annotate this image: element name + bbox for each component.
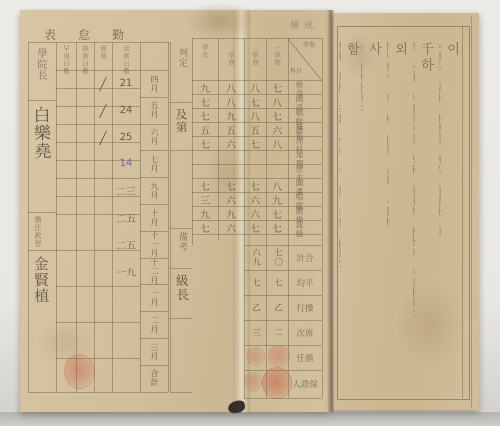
grade-value: 七 (266, 80, 288, 95)
absence-slash-mark: ╱ (94, 99, 113, 123)
summary-value: 乙 (266, 295, 289, 321)
term-header: 一學期 (273, 44, 280, 67)
absence-slash-mark: ╱ (94, 72, 113, 96)
scanned-report-card: 勤怠表 學院長 白樂堯 擔任敎習 金賢植 成績 判定 及第 備考 級長 學期 科… (0, 0, 500, 426)
attendance-value: 25 (112, 123, 141, 151)
grid-line-h (170, 150, 192, 151)
grid-line-v (322, 38, 323, 398)
summary-row-label: 擔任 (288, 345, 322, 370)
grade-value: 七 (192, 220, 218, 235)
grade-value: 六 (244, 192, 266, 207)
grid-line-h (170, 318, 192, 319)
grade-value: 七 (218, 178, 244, 193)
summary-row-label: 保證人 (288, 370, 322, 398)
grade-value: 九 (218, 206, 244, 221)
month-cell: 十月 (140, 204, 168, 231)
attendance-value: 14 (112, 150, 141, 178)
notice-column: 함것셔 지각 조퇴 등을 두 빅 주기 하시오 (339, 42, 361, 382)
corner-label-term: 學期 (303, 40, 315, 49)
judgement-label: 判定 (176, 48, 187, 68)
summary-value: 七〇 (266, 245, 289, 271)
photo-bottom-shadow (0, 412, 500, 426)
homeroom-teacher-name: 金賢植 (28, 256, 52, 305)
grid-line-h (170, 102, 192, 103)
attendance-column-header: 缺席日數 (81, 45, 88, 75)
term-header: 三學期 (227, 44, 234, 67)
month-cell: 九月 (140, 177, 168, 204)
grid-line-v (168, 42, 169, 392)
grid-line-h (170, 392, 192, 393)
grade-value: 七 (192, 94, 218, 109)
grid-line-h (56, 286, 140, 287)
grade-value: 九 (266, 192, 288, 207)
subject-label: 裁縫 (296, 221, 302, 238)
summary-row-label: 合計 (288, 245, 322, 270)
notice-body: 먼 돗헤 무어시든지 보과 긔재한 사항을 주의하시오 (413, 42, 416, 390)
judgement-value: 及第 (173, 108, 189, 134)
month-cell: 一月 (140, 284, 168, 311)
grade-value: 七 (192, 136, 218, 151)
month-cell: 五月 (140, 97, 168, 124)
grade-value: 三 (192, 192, 218, 207)
notice-column: 이수텹은 집과 가뎡이 셔로 긔별하 지 (439, 42, 461, 252)
page-gap-shadow (327, 10, 334, 412)
month-cell: 七月 (140, 150, 168, 177)
homeroom-teacher-label: 擔任敎習 (34, 216, 42, 248)
attendance-column-header: 早退日數 (62, 45, 69, 75)
month-cell: 三月 (140, 338, 168, 365)
grid-line-v (170, 42, 171, 392)
summary-value: 乙 (244, 295, 267, 321)
grade-value: 五 (218, 122, 244, 137)
grade-value: 七 (244, 136, 266, 151)
summary-row-label: 操行 (288, 295, 322, 320)
attendance-value: 二五 (112, 204, 141, 232)
grade-value: 七 (266, 220, 288, 235)
grade-value: 八 (244, 108, 266, 123)
grade-value: 八 (266, 178, 288, 193)
notice-column: 외학부형은 꼭 한 자리 들의 수업하 (387, 42, 409, 390)
summary-value: 二 (266, 320, 289, 346)
grid-line-h (28, 250, 56, 251)
grade-value: 六 (244, 206, 266, 221)
grid-line-h (170, 228, 192, 229)
grid-line-h (244, 398, 322, 399)
remarks-label: 備考 (176, 232, 187, 252)
grade-value: 八 (218, 94, 244, 109)
guarantor-seal-2 (262, 367, 292, 399)
homeroom-seal-2 (268, 345, 290, 367)
month-cell: 四月 (140, 70, 168, 97)
month-cell: 六月 (140, 124, 168, 151)
summary-value: 七 (266, 270, 289, 296)
summary-row-label: 席次 (288, 320, 322, 345)
month-cell: 合計 (140, 365, 168, 392)
grid-line-h (170, 268, 192, 269)
grid-line-h (28, 212, 56, 213)
grade-value: 五 (192, 122, 218, 137)
corner-label-subject: 科目 (290, 66, 302, 75)
notice-body: 수텹은 집과 가뎡이 셔로 긔별하 지 (439, 42, 442, 252)
notice-column: 사올 참관하시오 (361, 42, 383, 332)
remarks-value: 級長 (172, 274, 190, 302)
grade-value: 六 (266, 122, 288, 137)
grade-value: 九 (192, 80, 218, 95)
month-cell: 十一月 (140, 231, 168, 258)
notice-inner-rule (462, 26, 463, 398)
notice-body: 올 참관하시오 (361, 42, 364, 332)
grid-line-v (56, 42, 57, 392)
attendance-value: 二五 (112, 230, 141, 258)
teacher-seal (64, 354, 95, 389)
term-header: 學年 (201, 44, 208, 59)
grade-value: 五 (244, 122, 266, 137)
summary-value: 六九 (244, 245, 267, 271)
absence-slash-mark: ╱ (94, 125, 113, 149)
notice-head: 사 (364, 42, 383, 332)
grade-value: 七 (266, 206, 288, 221)
notice-head: 千하 (416, 42, 435, 390)
grades-section-title: 成績 (288, 18, 318, 31)
attendance-value: 24 (112, 96, 141, 124)
attendance-value: 二三 (112, 177, 141, 205)
grade-value: 八 (244, 80, 266, 95)
grade-value: 八 (266, 136, 288, 151)
month-cell: 二月 (140, 311, 168, 338)
grade-value: 六 (218, 136, 244, 151)
notice-head: 함 (342, 42, 361, 382)
grade-value: 七 (192, 178, 218, 193)
grade-value: 六 (218, 220, 244, 235)
term-header: 二學期 (251, 44, 258, 67)
principal-label: 學院長 (34, 48, 46, 81)
notice-head: 이 (442, 42, 461, 252)
grid-line-h (192, 38, 322, 39)
notice-body: 것셔 지각 조퇴 등을 두 빅 주기 하시오 (339, 42, 342, 382)
guarantor-seal-1 (244, 372, 262, 392)
grid-line-h (28, 392, 168, 393)
notice-column: 千하먼 돗헤 무어시든지 보과 긔재한 사항을 주의하시오 (413, 42, 435, 390)
grade-value: 六 (218, 192, 244, 207)
grade-value: 七 (266, 108, 288, 123)
grid-line-v (76, 42, 77, 392)
attendance-table-title: 勤怠表 (34, 26, 146, 43)
grade-value: 七 (244, 178, 266, 193)
grid-line-h (28, 100, 56, 101)
grade-value: 八 (266, 94, 288, 109)
attendance-value: 21 (112, 70, 141, 98)
principal-name: 白樂堯 (27, 106, 52, 161)
summary-value: 三 (244, 320, 267, 346)
grade-value: 七 (192, 108, 218, 123)
notice-body: 학부형은 꼭 한 자리 들의 수업하 (387, 42, 390, 390)
grade-value: 九 (218, 108, 244, 123)
attendance-value: 一九 (112, 257, 141, 285)
grid-line-h (28, 42, 170, 43)
grade-value: 七 (244, 220, 266, 235)
grade-value: 九 (192, 206, 218, 221)
grid-line-v (28, 42, 29, 392)
notice-head: 외 (390, 42, 409, 390)
month-cell: 十二月 (140, 258, 168, 285)
summary-row-label: 平均 (288, 270, 322, 295)
grade-value: 七 (244, 94, 266, 109)
homeroom-seal-1 (246, 347, 265, 366)
attendance-column-header: 遲刻 (99, 45, 106, 60)
summary-value: 七 (244, 270, 267, 296)
grade-value: 八 (218, 80, 244, 95)
page-edge-line (471, 16, 472, 408)
grid-line-h (56, 322, 140, 323)
